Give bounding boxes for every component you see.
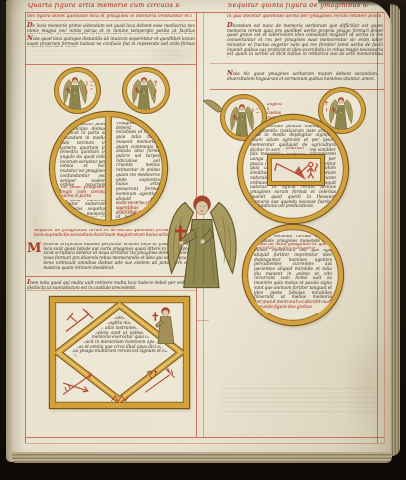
ruled-line — [210, 63, 384, 64]
circle-text-column-1: Primum locum pone in principio domus uid… — [60, 123, 106, 217]
square-diagram: Hec est figura quadrata in qua ponuntur … — [50, 297, 189, 408]
circle2-red-line: nota de motu ymaginum et quare mirabilia… — [257, 243, 331, 249]
bleed-through-text — [222, 388, 380, 413]
monk-with-cross-icon — [152, 304, 179, 346]
left-column-header: Quarta figura artis memorie cum circulis… — [28, 3, 180, 9]
page-stack-edge-bottom — [12, 452, 392, 463]
lombard-initial: M — [27, 243, 41, 254]
right-column-subheader: in qua docetur quomodo uerba per ymagine… — [227, 14, 382, 19]
red-scribble-icon — [153, 76, 163, 100]
ruled-line — [25, 20, 196, 21]
margin-line-left — [25, 12, 26, 443]
ruled-line — [25, 64, 196, 65]
central-angel-figure — [161, 183, 243, 295]
ruled-line — [25, 437, 384, 438]
right-paragraph-2: Nota hic quod ymagines uerborum mutari d… — [227, 70, 377, 82]
margin-line-right — [384, 12, 385, 443]
ruled-line — [25, 12, 384, 13]
memory-circle-right-1: In hoc circulo ponitur exemplum de instr… — [238, 115, 348, 223]
margin-line-right — [377, 12, 378, 443]
red-scribble-icon — [324, 97, 333, 119]
ruled-tick — [197, 320, 209, 321]
page-stack-edge-right — [390, 4, 400, 456]
red-scribble-icon — [84, 77, 94, 101]
ruled-line — [25, 443, 384, 444]
circle2-red-note: hic finitur doctrina circulorum huius se… — [255, 301, 333, 313]
memory-circle-left: Primum locum pone in principio domus uid… — [50, 112, 167, 225]
circle-divider-bar — [105, 116, 112, 221]
right-paragraph-1: Dicendum est nunc de memoria uerborum qu… — [227, 22, 383, 57]
circle-red-note-1: hic pone ymaginem regis cum corona aurea… — [61, 186, 106, 200]
circle1-red-label: aratrum — [280, 147, 310, 153]
left-paragraph-2: Nota quod loca quinque distantiis ab inu… — [27, 35, 195, 47]
plough-sketch-icon — [271, 158, 321, 182]
left-column-subheader: hec figura docet quomodo loca et ymagine… — [27, 14, 192, 19]
bleed-through-text — [32, 50, 182, 62]
rake-sketch-icon — [140, 366, 178, 398]
left-paragraph-1: De locis memorie primo uidendum est quod… — [27, 22, 195, 34]
zigzag-mark-icon — [110, 395, 132, 402]
mattock-sketch-icon — [62, 307, 98, 335]
roundel-angel-left-1 — [55, 68, 100, 113]
plough-panel — [268, 155, 324, 185]
gutter-shadow — [6, 0, 26, 462]
circle-red-note-2: nota bene de formis agentibus et colorib… — [117, 202, 160, 213]
arrows-sketch-icon — [61, 368, 97, 398]
memory-circle-right-2: In isto secundo circulo docetur quomodo … — [243, 225, 343, 325]
roundel-angel-left-2 — [123, 68, 169, 113]
manuscript-photo: Quarta figura artis memorie cum circulis… — [0, 0, 406, 480]
ruled-line — [210, 89, 384, 90]
